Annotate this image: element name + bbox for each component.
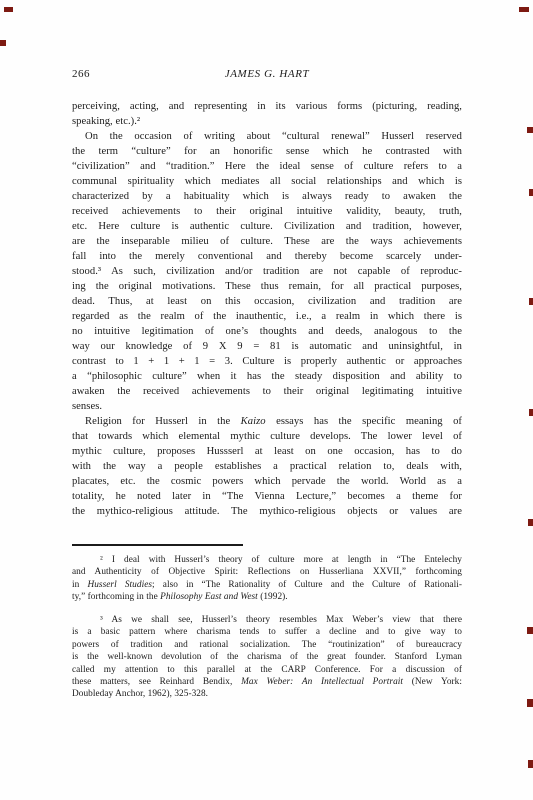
text-line: On the occasion of writing about “cultur… [72,129,462,144]
text-segment: a “philosophic culture” when it has the … [72,371,462,382]
text-segment: that towards which elemental mythic cult… [72,431,462,442]
running-title: JAMES G. HART [72,68,462,81]
scan-edge-mark [529,189,533,196]
footnote-separator [72,544,243,546]
text-segment: essays has the specific meaning of [266,416,462,427]
text-segment: speaking, etc.).² [72,116,140,127]
text-segment: (New York: [403,677,462,687]
text-line: fall into the merely conventional and th… [72,249,462,264]
scan-edge-mark [528,519,533,526]
text-segment: ; also in “The Rationality of Culture an… [152,580,462,590]
text-segment: senses. [72,401,102,412]
text-segment: way our knowledge of 9 X 9 = 81 is autom… [72,341,462,352]
text-line: and Authenticity of Objective Spirit: Re… [72,566,462,578]
footnote-3: ³ As we shall see, Husserl’s theory rese… [72,614,462,701]
text-segment: ³ As we shall see, Husserl’s theory rese… [100,615,462,625]
text-segment: the term “culture” for an honorific sens… [72,146,462,157]
text-segment: fall into the merely conventional and th… [72,251,462,262]
text-line: Doubleday Anchor, 1962), 325-328. [72,688,462,700]
text-line: the term “culture” for an honorific sens… [72,144,462,159]
text-segment: Religion for Husserl in the [85,416,241,427]
text-line: Religion for Husserl in the Kaizo essays… [72,414,462,429]
scanned-book-page: 266 JAMES G. HART perceiving, acting, an… [0,0,533,800]
text-segment: ty,” forthcoming in the [72,592,160,602]
text-segment: powers of tradition and rational sociali… [72,640,462,650]
text-line: no intuitive legitimation of one’s thoug… [72,324,462,339]
text-segment: placates, etc. the cosmic powers which p… [72,476,462,487]
text-line: dead. Thus, at least on this occasion, c… [72,294,462,309]
text-segment: mythic culture, proposes Hussserl at lea… [72,446,462,457]
scan-edge-mark [0,40,6,46]
text-segment: awaken the received achievements to thei… [72,386,462,397]
text-segment: no intuitive legitimation of one’s thoug… [72,326,462,337]
text-line: called my attention to this parallel at … [72,664,462,676]
scan-edge-mark [527,627,533,634]
text-segment: (1992). [258,592,288,602]
text-line: senses. [72,399,462,414]
text-line: in Husserl Studies; also in “The Rationa… [72,579,462,591]
text-segment: characterized by a habituality which is … [72,191,462,202]
text-line: perceiving, acting, and representing in … [72,99,462,114]
text-line: ² I deal with Husserl’s theory of cultur… [72,554,462,566]
text-line: received achievements to their original … [72,204,462,219]
text-line: is the well-known devolution of the char… [72,651,462,663]
text-line: characterized by a habituality which is … [72,189,462,204]
text-segment: called my attention to this parallel at … [72,665,462,675]
text-line: contrast to 1 + 1 + 1 = 3. Culture is pr… [72,354,462,369]
text-segment: with the way a people establishes a prac… [72,461,462,472]
scan-edge-mark [529,298,533,305]
text-segment: regarded as the realm of the inauthentic… [72,311,462,322]
italic-text: Kaizo [241,416,266,427]
text-line: “civilization” and “tradition.” Here the… [72,159,462,174]
scan-edge-mark [4,7,13,12]
italic-text: Husserl Studies [87,580,152,590]
text-line: etc. Here culture is authentic culture. … [72,219,462,234]
text-line: ing the original motivations. These thus… [72,279,462,294]
text-segment: etc. Here culture is authentic culture. … [72,221,462,232]
text-segment: received achievements to their original … [72,206,462,217]
footnotes: ² I deal with Husserl’s theory of cultur… [72,554,462,701]
text-segment: and Authenticity of Objective Spirit: Re… [72,567,462,577]
text-segment: “civilization” and “tradition.” Here the… [72,161,462,172]
text-segment: totality, he noted later in “The Vienna … [72,491,462,502]
text-line: mythic culture, proposes Hussserl at lea… [72,444,462,459]
text-line: communal spirituality which mediates all… [72,174,462,189]
body-text: perceiving, acting, and representing in … [72,99,462,519]
text-line: ³ As we shall see, Husserl’s theory rese… [72,614,462,626]
scan-edge-mark [527,699,533,707]
text-line: powers of tradition and rational sociali… [72,639,462,651]
scan-edge-mark [527,127,533,133]
text-segment: is a basic pattern where charisma tends … [72,627,462,637]
page-header: 266 JAMES G. HART [72,68,462,82]
text-line: the mythico-religious attitude. The myth… [72,504,462,519]
text-segment: stood.³ As such, civilization and/or tra… [72,266,462,277]
text-segment: in [72,580,87,590]
scan-edge-mark [528,760,533,768]
text-line: with the way a people establishes a prac… [72,459,462,474]
text-segment: ² I deal with Husserl’s theory of cultur… [100,555,462,565]
text-line: speaking, etc.).² [72,114,462,129]
text-line: regarded as the realm of the inauthentic… [72,309,462,324]
text-segment: the mythico-religious attitude. The myth… [72,506,462,517]
italic-text: Philosophy East and West [160,592,258,602]
text-line: stood.³ As such, civilization and/or tra… [72,264,462,279]
text-segment: contrast to 1 + 1 + 1 = 3. Culture is pr… [72,356,462,367]
text-segment: communal spirituality which mediates all… [72,176,462,187]
text-line: a “philosophic culture” when it has the … [72,369,462,384]
text-line: awaken the received achievements to thei… [72,384,462,399]
text-segment: ing the original motivations. These thus… [72,281,462,292]
scan-edge-mark [519,7,529,12]
text-line: totality, he noted later in “The Vienna … [72,489,462,504]
text-segment: dead. Thus, at least on this occasion, c… [72,296,462,307]
italic-text: Max Weber: An Intellectual Portrait [241,677,403,687]
text-segment: these matters, see Reinhard Bendix, [72,677,241,687]
text-line: these matters, see Reinhard Bendix, Max … [72,676,462,688]
text-segment: are the inseparable milieu of culture. T… [72,236,462,247]
text-segment: is the well-known devolution of the char… [72,652,462,662]
text-line: ty,” forthcoming in the Philosophy East … [72,591,462,603]
text-line: is a basic pattern where charisma tends … [72,626,462,638]
footnote-2: ² I deal with Husserl’s theory of cultur… [72,554,462,604]
text-segment: Doubleday Anchor, 1962), 325-328. [72,689,208,699]
scan-edge-mark [529,409,533,416]
text-line: way our knowledge of 9 X 9 = 81 is autom… [72,339,462,354]
text-segment: On the occasion of writing about “cultur… [85,131,462,142]
text-line: that towards which elemental mythic cult… [72,429,462,444]
text-line: placates, etc. the cosmic powers which p… [72,474,462,489]
text-segment: perceiving, acting, and representing in … [72,101,462,112]
text-line: are the inseparable milieu of culture. T… [72,234,462,249]
